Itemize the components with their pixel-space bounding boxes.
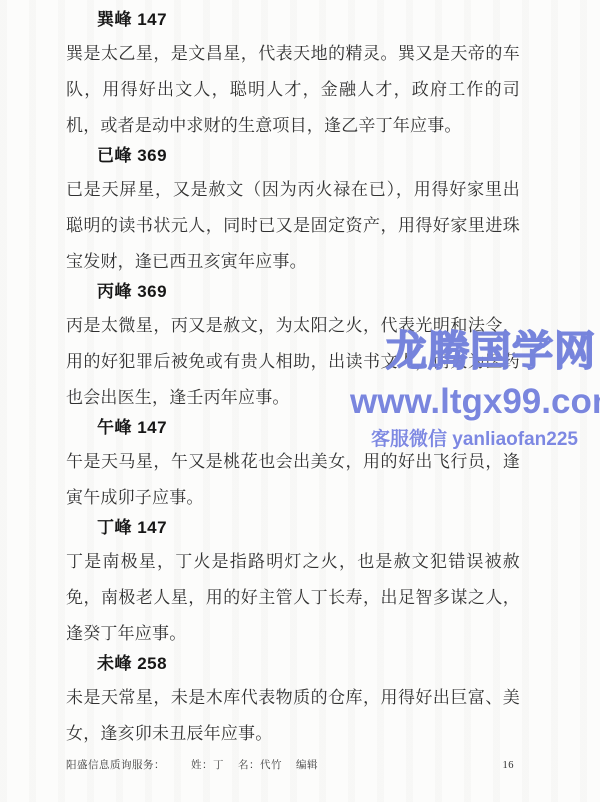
section-si: 已峰 369 已是天屏星，又是赦文（因为丙火禄在已），用得好家里出聪明的读书状元… [66,146,520,280]
section-heading: 丙峰 369 [66,282,520,302]
section-paragraph: 午是天马星，午又是桃花也会出美女，用的好出飞行员，逢寅午成卯子应事。 [66,444,520,516]
section-paragraph: 丁是南极星，丁火是指路明灯之火，也是赦文犯错误被赦免，南极老人星，用的好主管人丁… [66,544,520,652]
section-paragraph: 巽是太乙星，是文昌星，代表天地的精灵。巽又是天帝的车队，用得好出文人，聪明人才，… [66,36,520,144]
section-heading: 未峰 258 [66,654,520,674]
footer-surname: 姓：丁 [191,757,224,772]
section-wu: 午峰 147 午是天马星，午又是桃花也会出美女，用的好出飞行员，逢寅午成卯子应事… [66,418,520,516]
section-wei: 未峰 258 未是天常星，未是木库代表物质的仓库，用得好出巨富、美女，逢亥卯未丑… [66,654,520,752]
section-paragraph: 已是天屏星，又是赦文（因为丙火禄在已），用得好家里出聪明的读书状元人，同时已又是… [66,172,520,280]
section-bing: 丙峰 369 丙是太微星，丙又是赦文，为太阳之火，代表光明和法令，用的好犯罪后被… [66,282,520,416]
document-content: 巽峰 147 巽是太乙星，是文昌星，代表天地的精灵。巽又是天帝的车队，用得好出文… [66,8,520,752]
footer-name: 名：代竹 [238,757,282,772]
footer-editor-label: 编辑 [296,757,318,772]
footer-service-label: 阳盛信息质询服务： [66,757,165,772]
section-paragraph: 未是天常星，未是木库代表物质的仓库，用得好出巨富、美女，逢亥卯未丑辰年应事。 [66,680,520,752]
section-heading: 已峰 369 [66,146,520,166]
document-page: 巽峰 147 巽是太乙星，是文昌星，代表天地的精灵。巽又是天帝的车队，用得好出文… [0,0,600,802]
section-paragraph: 丙是太微星，丙又是赦文，为太阳之火，代表光明和法令，用的好犯罪后被免或有贵人相助… [66,308,520,416]
section-ding: 丁峰 147 丁是南极星，丁火是指路明灯之火，也是赦文犯错误被赦免，南极老人星，… [66,518,520,652]
page-footer: 阳盛信息质询服务： 姓：丁 名：代竹 编辑 16 [66,757,514,772]
section-heading: 巽峰 147 [66,10,520,30]
section-heading: 午峰 147 [66,418,520,438]
section-heading: 丁峰 147 [66,518,520,538]
section-xun: 巽峰 147 巽是太乙星，是文昌星，代表天地的精灵。巽又是天帝的车队，用得好出文… [66,10,520,144]
page-number: 16 [503,760,515,771]
